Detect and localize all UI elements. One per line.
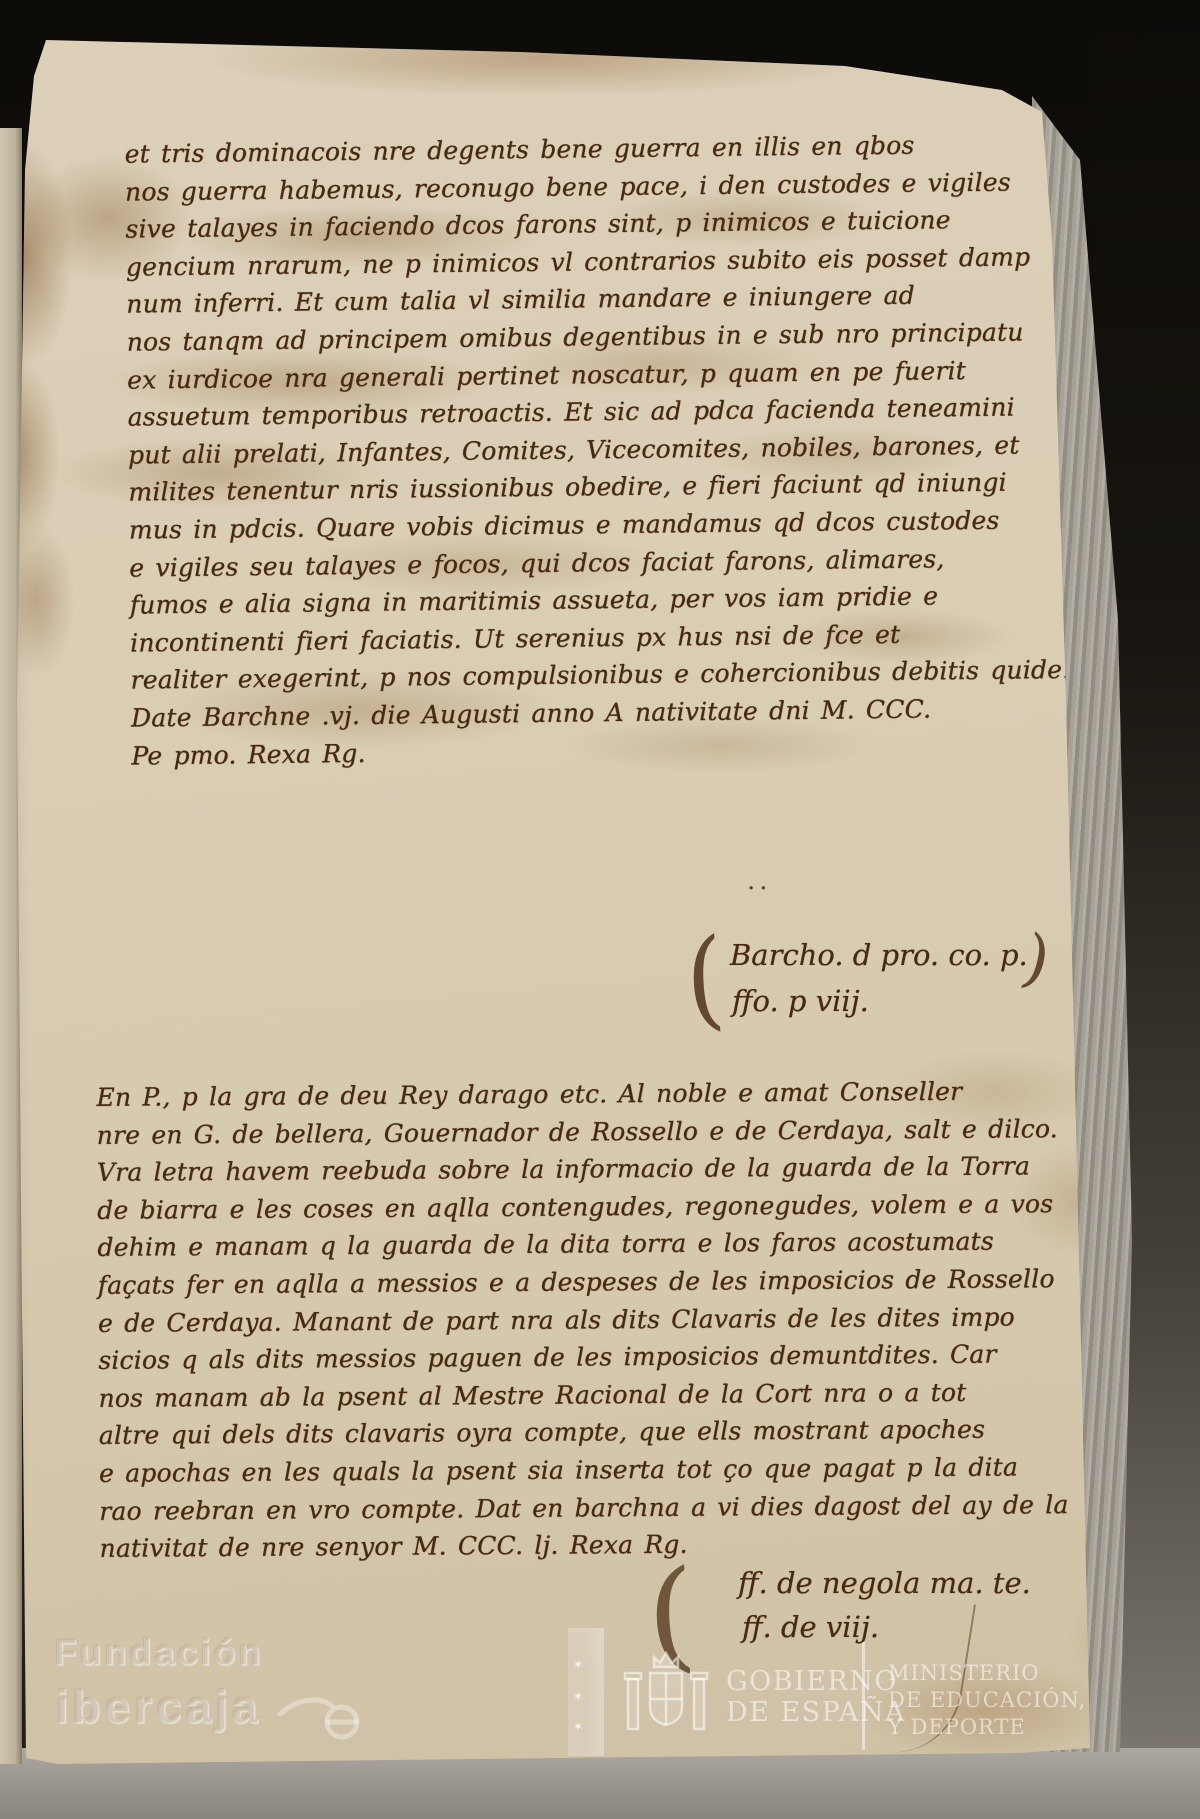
gobierno-line1: GOBIERNO [726,1666,906,1697]
marginal-note-dots: .. [747,866,772,896]
manuscript-line: En P., p la gra de deu Rey darago etc. A… [96,1073,911,1116]
marginal-note-open-paren: ( [683,925,728,1036]
marginal-note-line-2: ffo. p viij. [732,984,869,1018]
manuscript-line: Vra letra havem reebuda sobre la informa… [97,1148,912,1191]
letter-1-text: et tris dominacois nre degents bene guer… [124,126,936,774]
spain-coat-of-arms-icon [620,1645,712,1745]
star-icon: ✶ [571,1658,585,1673]
manuscript-line: nre en G. de bellera, Gouernador de Ross… [97,1111,912,1154]
manuscript-line: façats fer en aqlla a messios e a despes… [98,1261,913,1304]
manuscript-line: e apochas en les quals la psent sia inse… [99,1449,914,1492]
manuscript-line: dehim e manam q la guarda de la dita tor… [97,1224,912,1267]
signature-line-2: ff. de viij. [742,1610,879,1644]
star-icon: ✶ [571,1690,585,1705]
manuscript-page: lxxxiij et tris dominacois nre degents b… [0,0,1200,1819]
ibercaja-logo-icon [276,1688,372,1744]
star-icon: ✶ [571,1720,585,1735]
gobierno-line2: DE ESPAÑA [726,1697,906,1728]
marginal-note-line-1: Barcho. d pro. co. p. [730,938,1028,972]
signature-line-1: ff. de negola ma. te. [738,1566,1031,1600]
manuscript-line: altre qui dels dits clavaris oyra compte… [99,1411,914,1454]
government-flag-bar: ✶ ✶ ✶ [568,1628,604,1756]
manuscript-line: de biarra e les coses en aqlla contengud… [97,1186,912,1229]
manuscript-line: rao reebran en vro compte. Dat en barchn… [99,1487,914,1530]
gobierno-watermark: GOBIERNO DE ESPAÑA [726,1666,906,1728]
letter-2-text: En P., p la gra de deu Rey darago etc. A… [96,1073,914,1567]
manuscript-line: e de Cerdaya. Manant de part nra als dit… [98,1299,913,1342]
manuscript-line: sicios q als dits messios paguen de les … [98,1336,913,1379]
manuscript-line: nos manam ab la psent al Mestre Racional… [98,1374,913,1417]
manuscript-line: nativitat de nre senyor M. CCC. lj. Rexa… [99,1524,914,1567]
ibercaja-watermark-line2: ibercaja [56,1680,262,1734]
watermark-divider [862,1642,865,1750]
manuscript-photo: lxxxiij et tris dominacois nre degents b… [0,0,1200,1819]
underlying-page-edge [0,128,22,1764]
ibercaja-watermark-line1: Fundación [55,1632,264,1674]
